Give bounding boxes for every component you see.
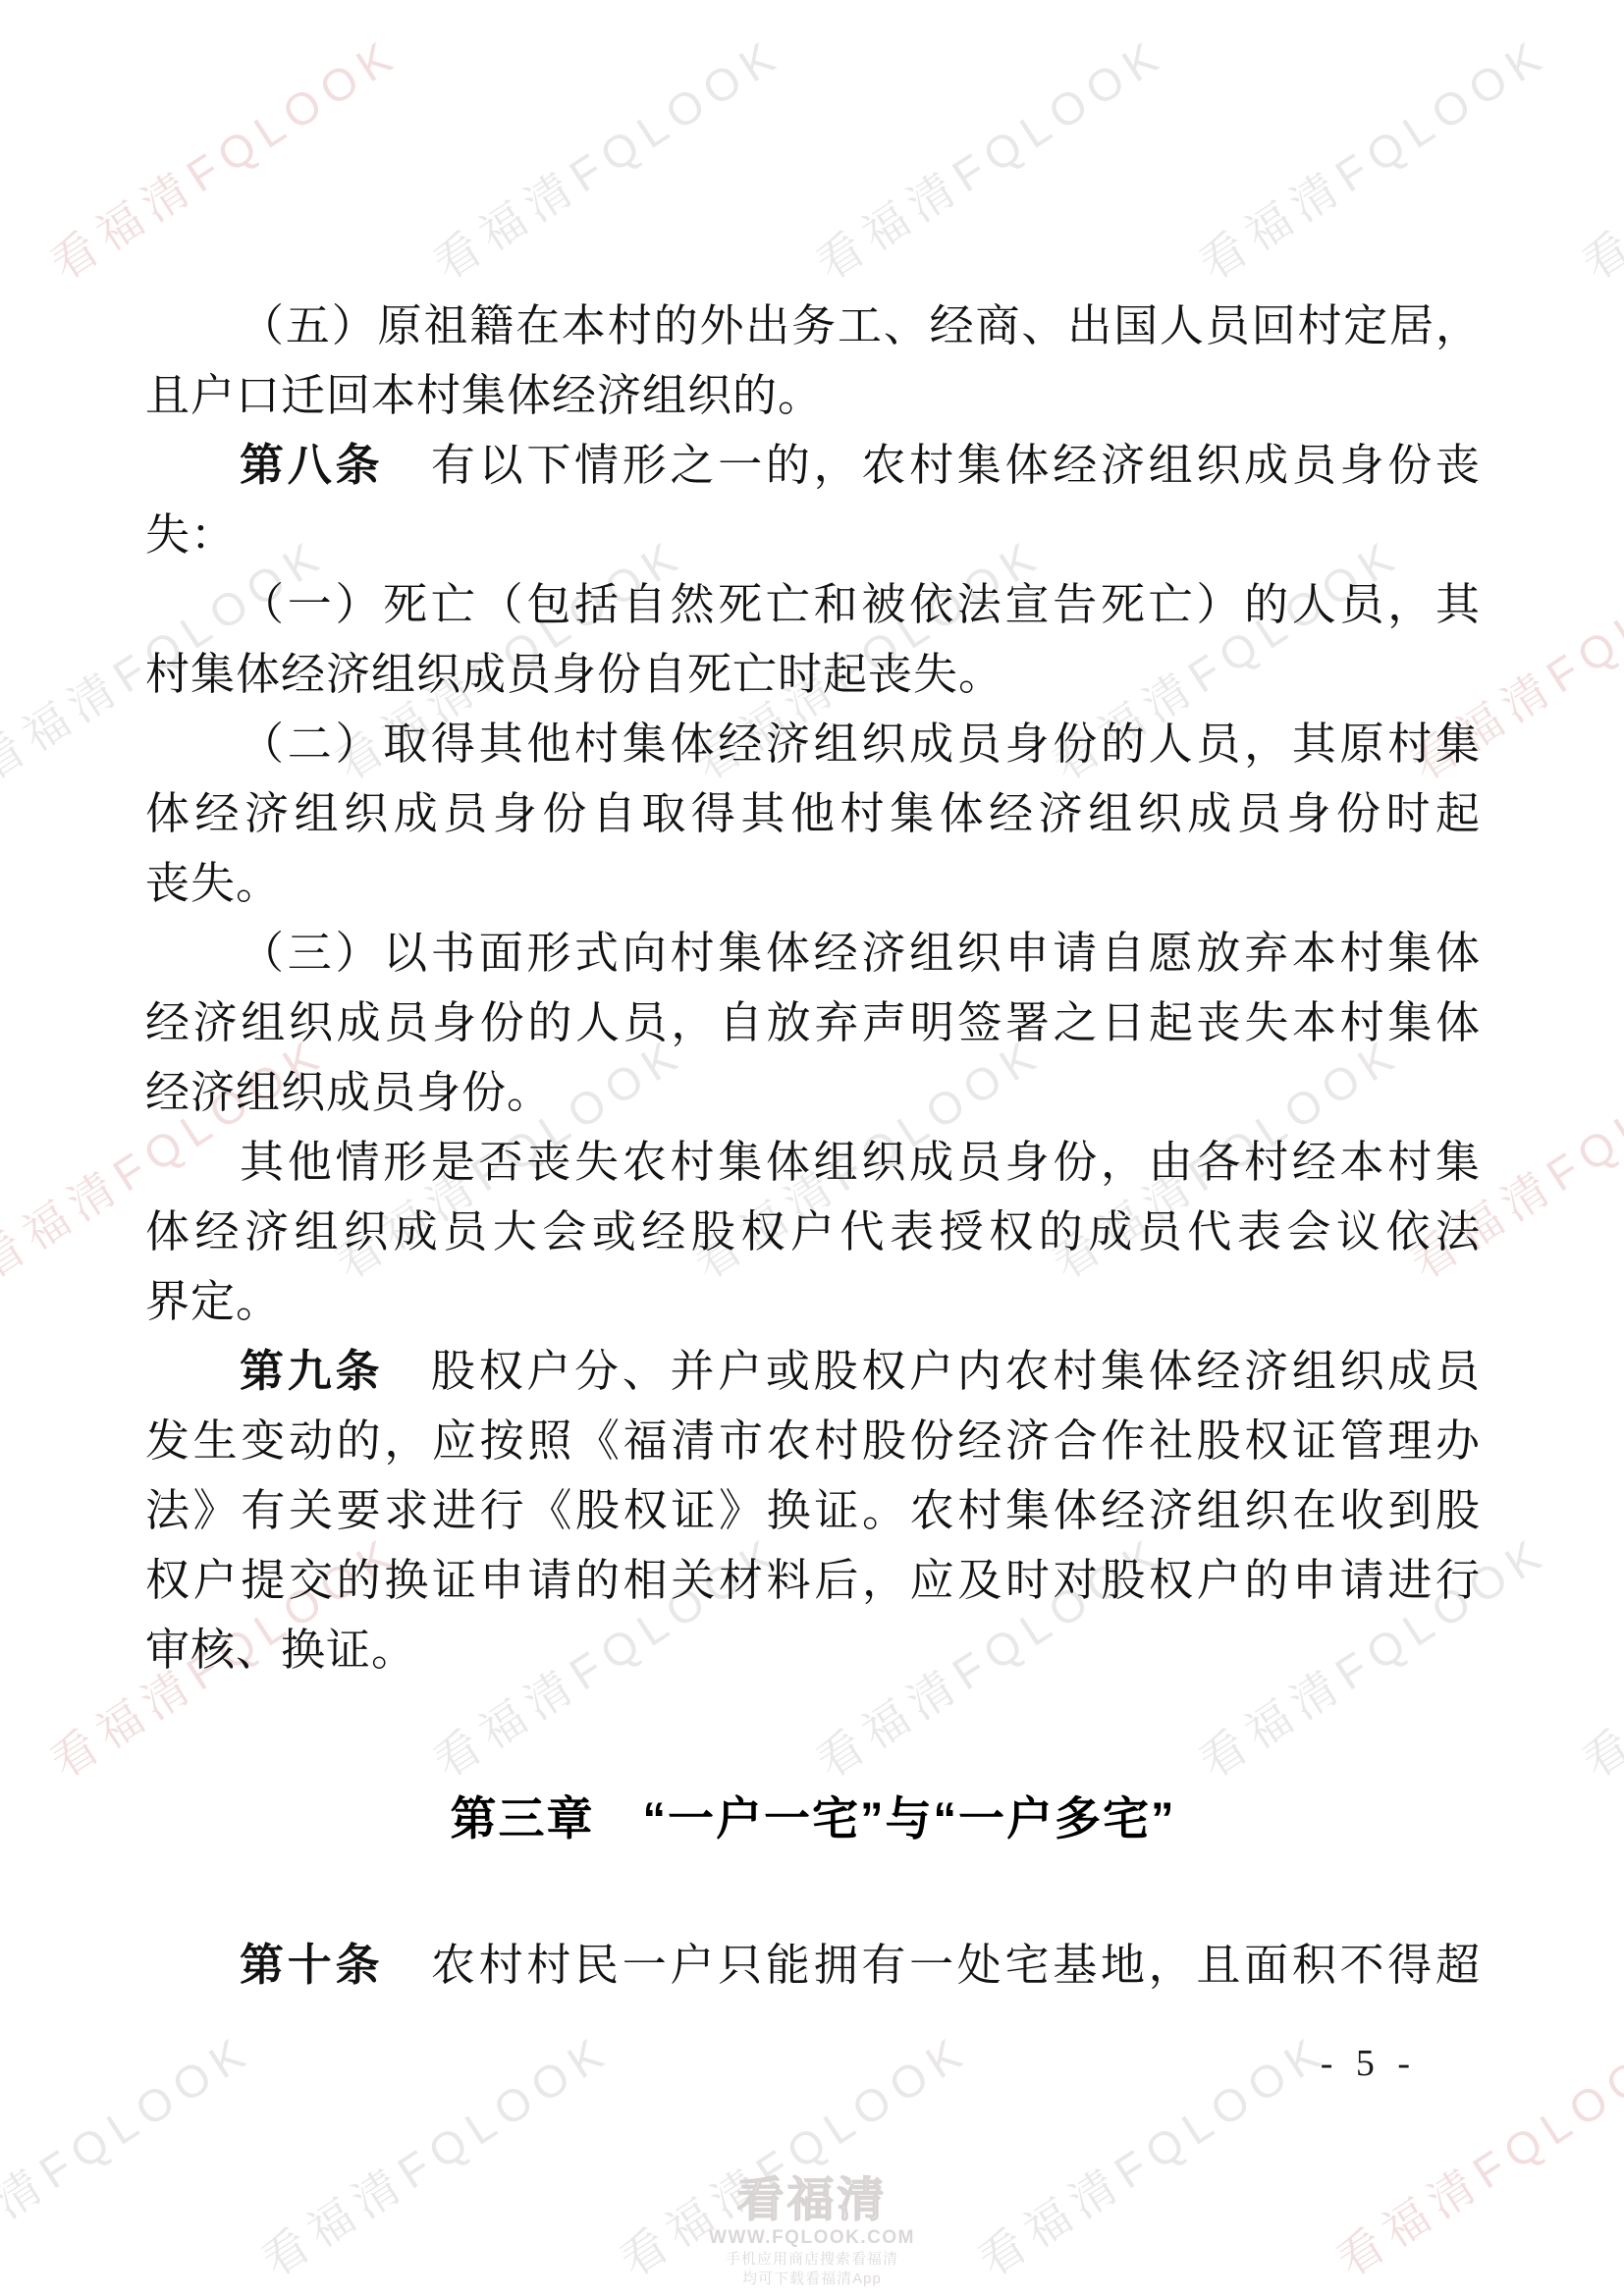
doc-line: （五）原祖籍在本村的外出务工、经商、出国人员回村定居， [145, 292, 1481, 361]
doc-line: 界定。 [145, 1267, 1481, 1337]
doc-line: 第十条 农村村民一户只能拥有一处宅基地，且面积不得超 [145, 1931, 1481, 2001]
watermark-text: 看福清FQLOOK [1568, 1518, 1624, 1791]
doc-line: 第九条 股权户分、并户或股权户内农村集体经济组织成员 [145, 1337, 1481, 1407]
watermark-text: 看福清FQLOOK [802, 20, 1175, 294]
brand-site-url: WWW.FQLOOK.COM [0, 2226, 1624, 2250]
doc-line: 其他情形是否丧失农村集体组织成员身份，由各村经本村集 [145, 1128, 1481, 1198]
watermark-text: 看福清FQLOOK [1568, 20, 1624, 294]
brand-tagline-1: 手机应用商店搜索看福清 [0, 2250, 1624, 2269]
doc-line: （三）以书面形式向村集体经济组织申请自愿放弃本村集体 [145, 919, 1481, 988]
document-page: 看福清FQLOOK看福清FQLOOK看福清FQLOOK看福清FQLOOK看福清F… [0, 0, 1624, 2296]
doc-line: 且户口迁回本村集体经济组织的。 [145, 361, 1481, 431]
doc-line: （二）取得其他村集体经济组织成员身份的人员，其原村集 [145, 710, 1481, 779]
watermark-text: 看福清FQLOOK [0, 2016, 262, 2290]
doc-line: 体经济组织成员身份自取得其他村集体经济组织成员身份时起 [145, 779, 1481, 849]
brand-watermark: 看福清 WWW.FQLOOK.COM 手机应用商店搜索看福清 均可下载看福清Ap… [0, 2175, 1624, 2289]
doc-line: 第八条 有以下情形之一的，农村集体经济组织成员身份丧 [145, 431, 1481, 501]
doc-line: 丧失。 [145, 849, 1481, 919]
doc-line: 体经济组织成员大会或经股权户代表授权的成员代表会议依法 [145, 1198, 1481, 1267]
doc-line: 法》有关要求进行《股权证》换证。农村集体经济组织在收到股 [145, 1476, 1481, 1546]
chapter-heading: 第三章 “一户一宅”与“一户多宅” [145, 1791, 1481, 1846]
article-number: 第八条 [240, 441, 383, 490]
doc-line: 失： [145, 501, 1481, 570]
watermark-text: 看福清FQLOOK [1185, 20, 1558, 294]
doc-line: 权户提交的换证申请的相关材料后，应及时对股权户的申请进行 [145, 1546, 1481, 1616]
document-body: （五）原祖籍在本村的外出务工、经商、出国人员回村定居， 且户口迁回本村集体经济组… [145, 292, 1481, 2001]
watermark-text: 看福清FQLOOK [36, 20, 409, 294]
doc-line: 村集体经济组织成员身份自死亡时起丧失。 [145, 640, 1481, 710]
doc-line: 经济组织成员身份。 [145, 1058, 1481, 1128]
watermark-text: 看福清FQLOOK [606, 2016, 979, 2290]
page-number: - 5 - [1321, 2042, 1417, 2085]
article-number: 第十条 [240, 1941, 383, 1990]
watermark-text: 看福清FQLOOK [247, 2016, 621, 2290]
brand-tagline-2: 均可下载看福清App [0, 2269, 1624, 2289]
doc-line: 发生变动的，应按照《福清市农村股份经济合作社股权证管理办 [145, 1407, 1481, 1476]
watermark-text: 看福清FQLOOK [964, 2016, 1337, 2290]
brand-logo-text: 看福清 [0, 2175, 1624, 2226]
doc-line: （一）死亡（包括自然死亡和被依法宣告死亡）的人员，其 [145, 570, 1481, 640]
doc-line: 审核、换证。 [145, 1616, 1481, 1685]
article-number: 第九条 [240, 1347, 383, 1396]
doc-line: 经济组织成员身份的人员，自放弃声明签署之日起丧失本村集体 [145, 988, 1481, 1058]
watermark-text: 看福清FQLOOK [419, 20, 792, 294]
